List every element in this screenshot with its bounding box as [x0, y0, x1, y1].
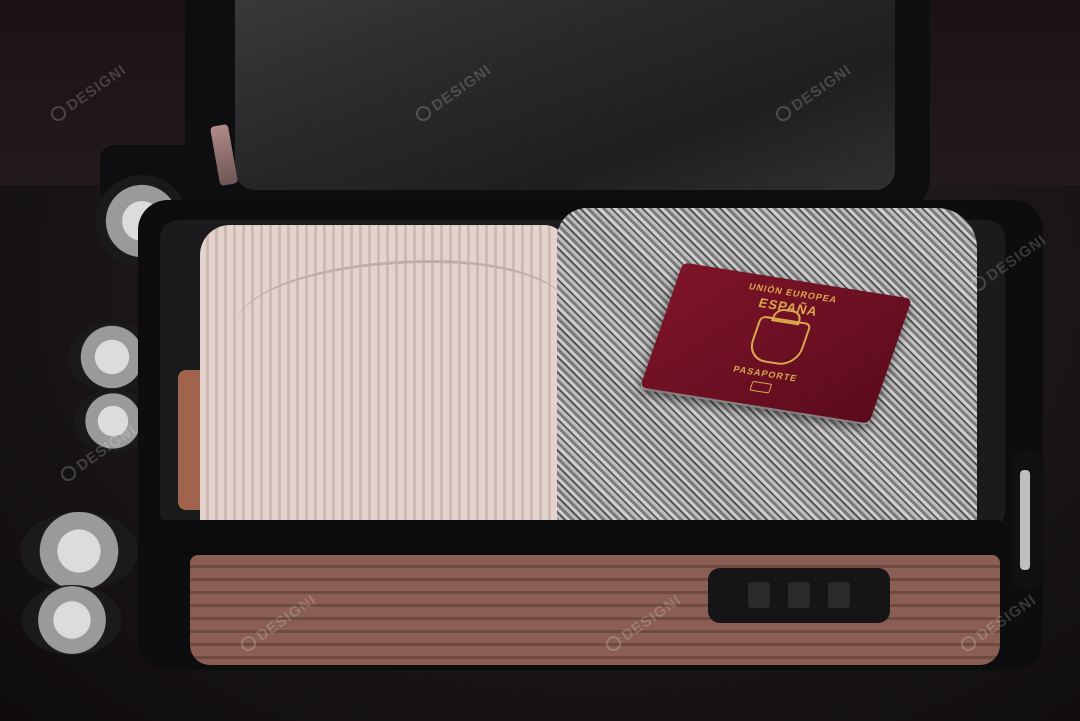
watermark-logo-icon [58, 463, 79, 484]
biometric-chip-icon [749, 381, 772, 394]
lock-dial [828, 582, 850, 608]
photo-scene: UNIÓN EUROPEA ESPAÑA PASAPORTE DESIGNI D… [0, 0, 1080, 721]
side-handle [1012, 450, 1042, 590]
zipper-edge [145, 520, 1005, 555]
spinner-wheel-bottom [20, 512, 138, 590]
lock-dial [788, 582, 810, 608]
lock-dial [748, 582, 770, 608]
lid-lining [235, 0, 895, 190]
spinner-wheel-bottom-lower [22, 585, 122, 655]
combination-lock [708, 568, 890, 623]
coat-of-arms-icon [745, 315, 812, 367]
